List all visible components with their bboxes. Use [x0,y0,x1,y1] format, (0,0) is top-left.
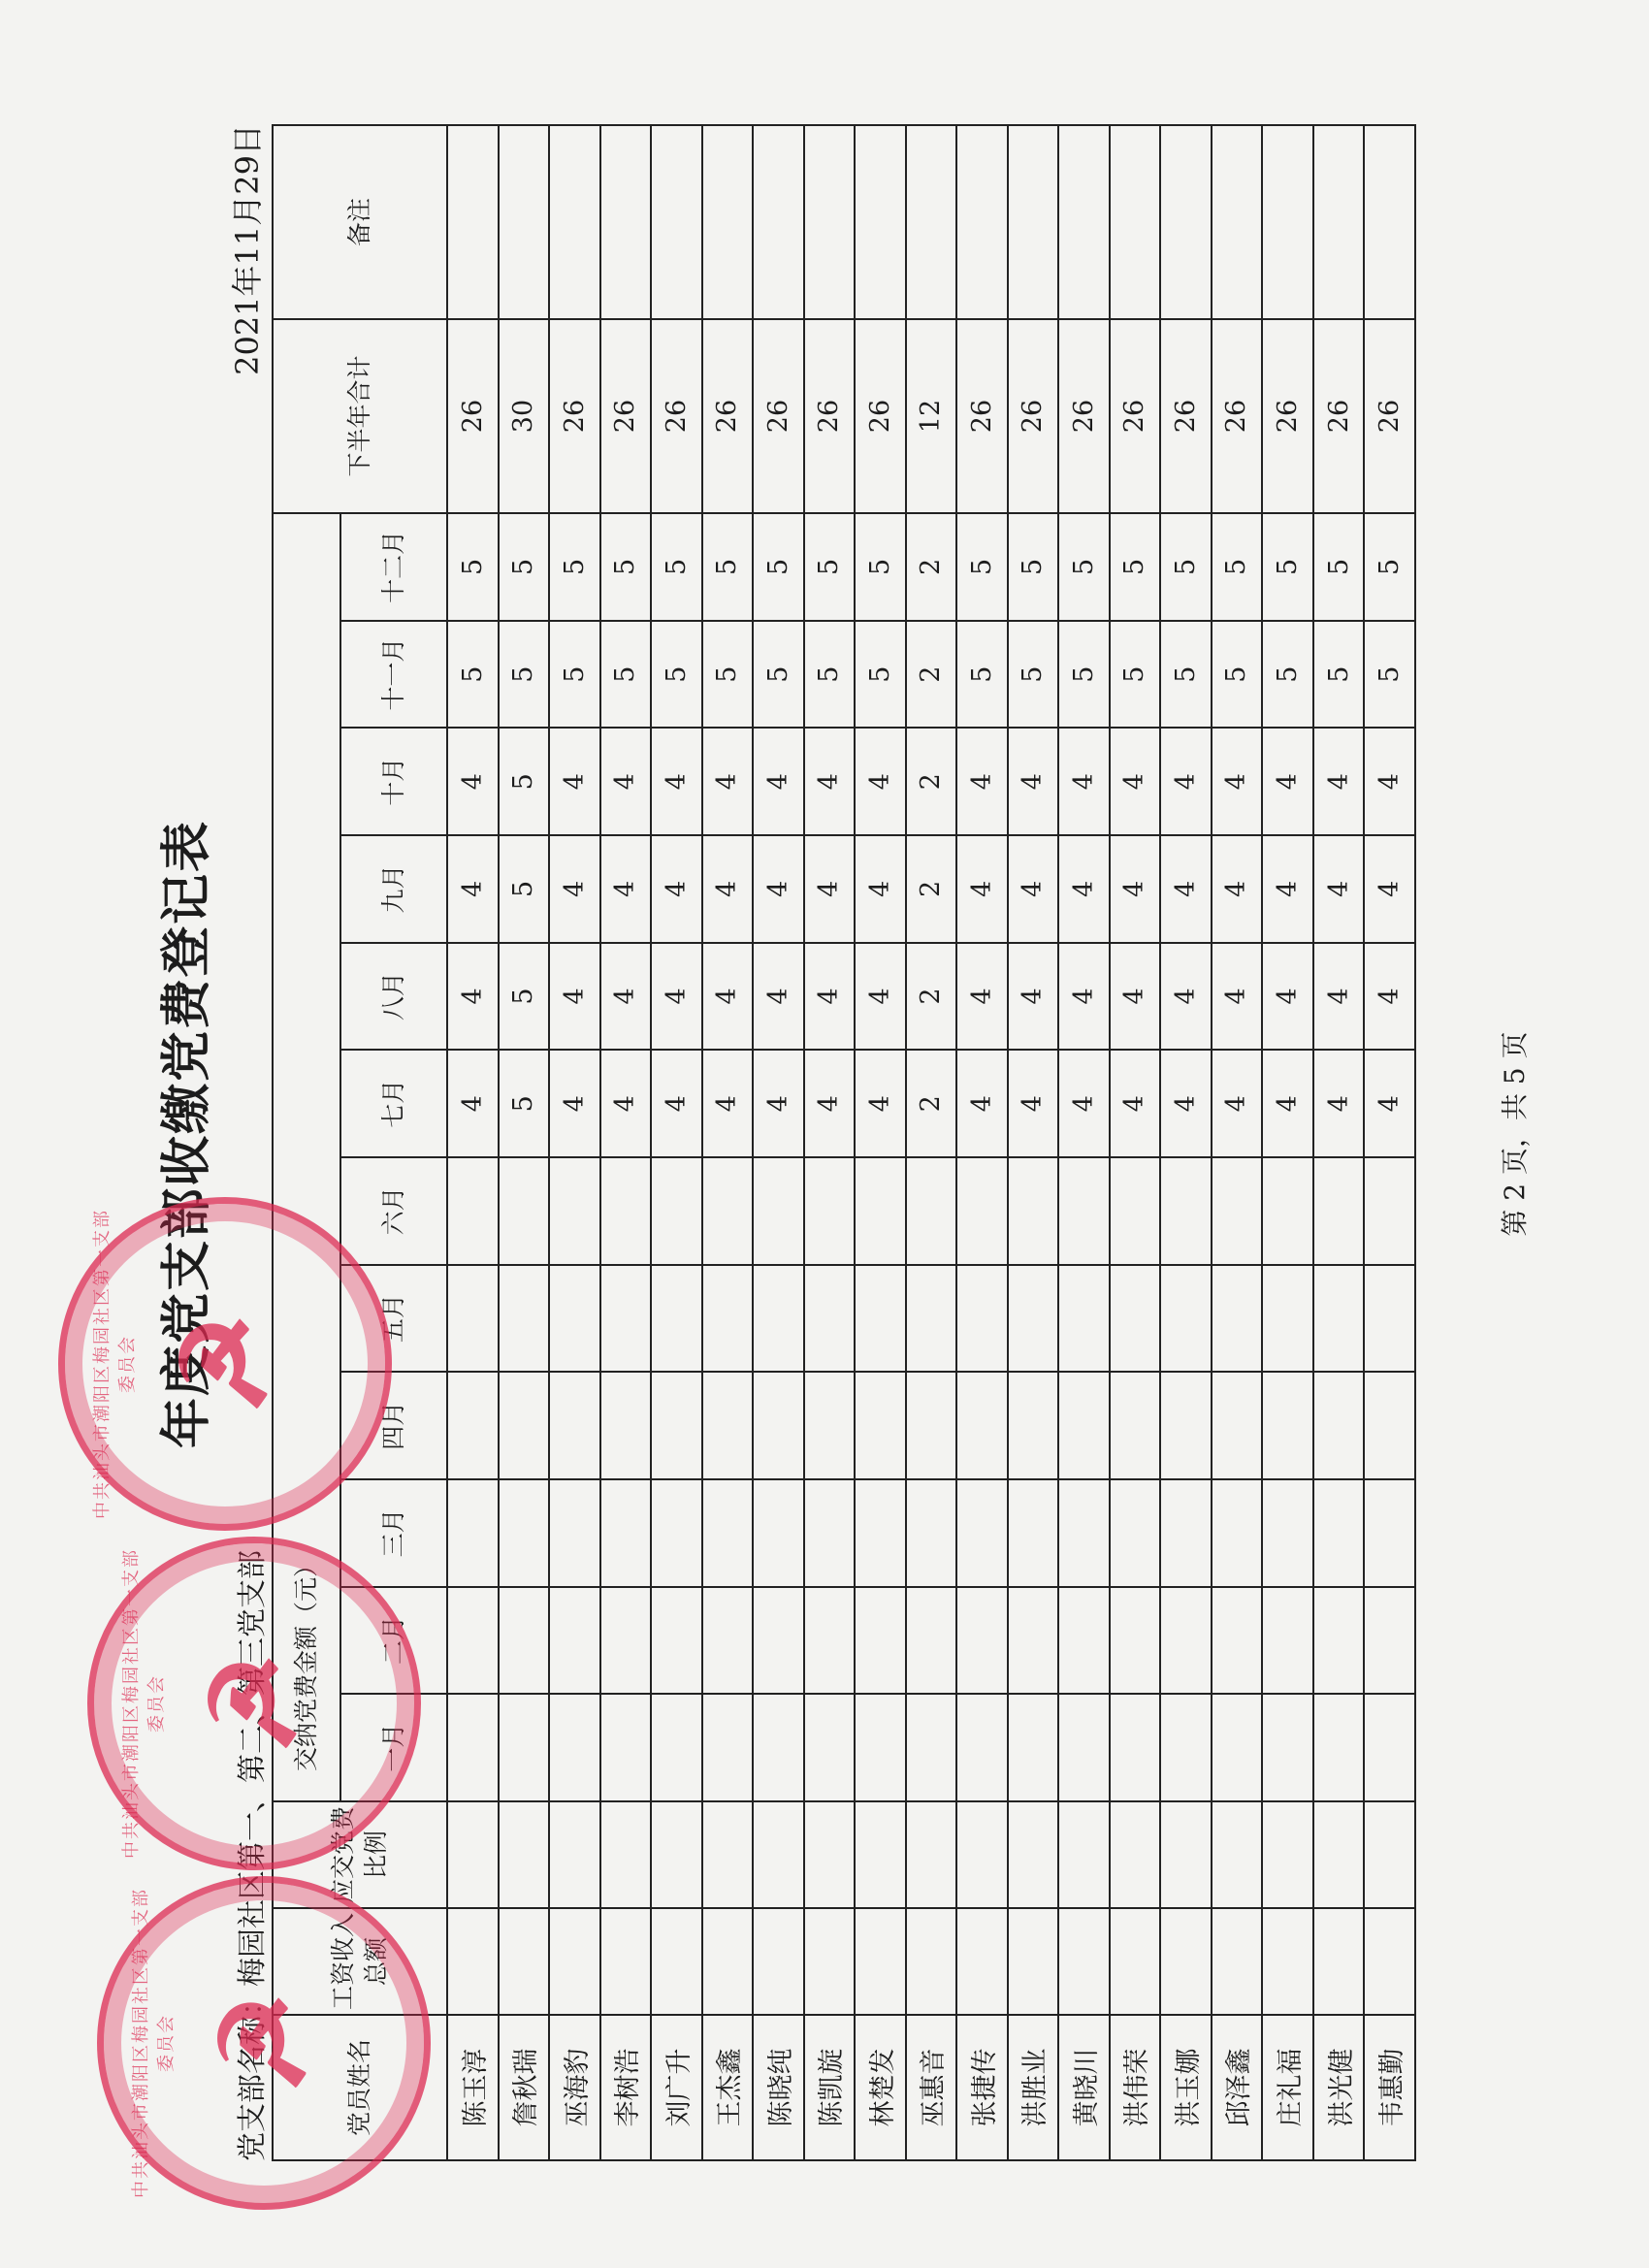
ratio-cell [1313,1801,1365,1908]
member-name: 詹秋瑞 [499,2015,550,2160]
month-amount-cell [1160,1265,1212,1373]
month-amount-cell [956,1587,1008,1695]
income-cell [447,1908,499,2015]
month-amount-cell: 4 [1364,943,1415,1051]
header-month-10: 十月 [340,728,447,835]
remark-cell [753,125,804,319]
month-amount-cell: 4 [1008,943,1059,1051]
remark-cell [651,125,702,319]
month-amount-cell [1262,1694,1313,1801]
header-month-1: 一月 [340,1694,447,1801]
income-cell [906,1908,957,2015]
half-year-total-cell: 26 [1160,319,1212,513]
month-amount-cell [956,1157,1008,1265]
income-cell [549,1908,600,2015]
month-amount-cell [1364,1694,1415,1801]
month-amount-cell: 4 [600,835,652,943]
month-amount-cell: 4 [447,728,499,835]
month-amount-cell: 5 [1160,513,1212,621]
income-cell [600,1908,652,2015]
month-amount-cell: 4 [702,1050,754,1157]
month-amount-cell [702,1479,754,1587]
month-amount-cell [1364,1265,1415,1373]
month-amount-cell: 2 [906,943,957,1051]
income-cell [1110,1908,1161,2015]
month-amount-cell: 5 [499,513,550,621]
half-year-total-cell: 26 [1313,319,1365,513]
month-amount-cell: 4 [1364,835,1415,943]
remark-cell [447,125,499,319]
month-amount-cell: 4 [1262,943,1313,1051]
month-amount-cell [499,1372,550,1479]
month-amount-cell [1212,1157,1263,1265]
month-amount-cell: 4 [753,943,804,1051]
half-year-total-cell: 26 [1008,319,1059,513]
remark-cell [549,125,600,319]
month-amount-cell [753,1372,804,1479]
month-amount-cell [1008,1587,1059,1695]
header-month-8: 八月 [340,943,447,1051]
income-cell [1160,1908,1212,2015]
month-amount-cell: 4 [804,943,856,1051]
month-amount-cell: 4 [1110,835,1161,943]
member-name: 邱泽鑫 [1212,2015,1263,2160]
month-amount-cell: 5 [600,513,652,621]
month-amount-cell: 4 [600,1050,652,1157]
month-amount-cell [1262,1265,1313,1373]
month-amount-cell: 5 [1110,513,1161,621]
half-year-total-cell: 12 [906,319,957,513]
month-amount-cell [804,1479,856,1587]
month-amount-cell: 5 [1364,513,1415,621]
member-name: 洪玉娜 [1160,2015,1212,2160]
month-amount-cell [1262,1372,1313,1479]
half-year-total-cell: 26 [1110,319,1161,513]
half-year-total-cell: 26 [600,319,652,513]
month-amount-cell [651,1265,702,1373]
income-cell [956,1908,1008,2015]
header-income: 工资收入总额 [273,1908,447,2015]
month-amount-cell: 5 [1160,621,1212,729]
month-amount-cell [1110,1694,1161,1801]
month-amount-cell [855,1157,906,1265]
remark-cell [1058,125,1110,319]
month-amount-cell [906,1265,957,1373]
month-amount-cell: 4 [1160,835,1212,943]
header-month-11: 十一月 [340,621,447,729]
month-amount-cell [549,1157,600,1265]
header-month-7: 七月 [340,1050,447,1157]
month-amount-cell [804,1372,856,1479]
month-amount-cell [549,1587,600,1695]
table-row: 洪光健44445526 [1313,125,1365,2160]
month-amount-cell [549,1694,600,1801]
month-amount-cell: 5 [1008,621,1059,729]
month-amount-cell: 4 [1364,728,1415,835]
month-amount-cell: 4 [447,943,499,1051]
month-amount-cell [906,1157,957,1265]
month-amount-cell [600,1157,652,1265]
month-amount-cell: 5 [956,513,1008,621]
month-amount-cell [651,1587,702,1695]
month-amount-cell [499,1157,550,1265]
header-month-5: 五月 [340,1265,447,1373]
month-amount-cell [549,1479,600,1587]
table-row: 陈晓纯44445526 [753,125,804,2160]
ratio-cell [549,1801,600,1908]
month-amount-cell [1364,1479,1415,1587]
table-row: 洪胜业44445526 [1008,125,1059,2160]
month-amount-cell [1313,1694,1365,1801]
remark-cell [499,125,550,319]
month-amount-cell: 4 [1313,835,1365,943]
income-cell [1262,1908,1313,2015]
member-name: 洪胜业 [1008,2015,1059,2160]
income-cell [651,1908,702,2015]
income-cell [753,1908,804,2015]
month-amount-cell: 5 [549,513,600,621]
ratio-cell [804,1801,856,1908]
month-amount-cell: 4 [702,943,754,1051]
member-name: 庄礼福 [1262,2015,1313,2160]
month-amount-cell [600,1479,652,1587]
income-cell [1008,1908,1059,2015]
month-amount-cell: 5 [499,943,550,1051]
month-amount-cell [1008,1265,1059,1373]
month-amount-cell: 2 [906,1050,957,1157]
table-row: 巫惠音22222212 [906,125,957,2160]
member-name: 巫海豹 [549,2015,600,2160]
month-amount-cell [447,1694,499,1801]
month-amount-cell [702,1157,754,1265]
header-month-2: 二月 [340,1587,447,1695]
month-amount-cell: 4 [447,1050,499,1157]
ratio-cell [855,1801,906,1908]
table-row: 詹秋瑞55555530 [499,125,550,2160]
month-amount-cell [1058,1587,1110,1695]
table-row: 陈玉淳44445526 [447,125,499,2160]
month-amount-cell: 4 [447,835,499,943]
month-amount-cell: 4 [1058,1050,1110,1157]
month-amount-cell [753,1694,804,1801]
remark-cell [1008,125,1059,319]
month-amount-cell: 2 [906,835,957,943]
ratio-cell [906,1801,957,1908]
month-amount-cell [651,1694,702,1801]
month-amount-cell [1262,1587,1313,1695]
month-amount-cell [1110,1479,1161,1587]
half-year-total-cell: 26 [1058,319,1110,513]
month-amount-cell: 5 [549,621,600,729]
month-amount-cell: 5 [499,835,550,943]
month-amount-cell: 4 [651,943,702,1051]
month-amount-cell [447,1587,499,1695]
month-amount-cell [600,1372,652,1479]
member-name: 李树浩 [600,2015,652,2160]
month-amount-cell [1058,1372,1110,1479]
table-row: 刘广升44445526 [651,125,702,2160]
ratio-cell [1160,1801,1212,1908]
month-amount-cell: 4 [1262,835,1313,943]
ratio-cell [956,1801,1008,1908]
half-year-total-cell: 26 [1364,319,1415,513]
month-amount-cell [1313,1372,1365,1479]
month-amount-cell: 4 [804,728,856,835]
month-amount-cell: 4 [1212,943,1263,1051]
remark-cell [1313,125,1365,319]
month-amount-cell: 4 [651,728,702,835]
income-cell [804,1908,856,2015]
ratio-cell [1212,1801,1263,1908]
month-amount-cell [1364,1157,1415,1265]
half-year-total-cell: 26 [549,319,600,513]
month-amount-cell: 4 [855,943,906,1051]
table-row: 洪伟荣44445526 [1110,125,1161,2160]
half-year-total-cell: 30 [499,319,550,513]
member-name: 巫惠音 [906,2015,957,2160]
member-name: 洪光健 [1313,2015,1365,2160]
month-amount-cell: 5 [855,621,906,729]
month-amount-cell: 4 [753,728,804,835]
month-amount-cell [753,1265,804,1373]
month-amount-cell [956,1372,1008,1479]
month-amount-cell [1212,1479,1263,1587]
income-cell [702,1908,754,2015]
month-amount-cell: 4 [600,943,652,1051]
ratio-cell [702,1801,754,1908]
header-month-4: 四月 [340,1372,447,1479]
month-amount-cell: 4 [1160,1050,1212,1157]
month-amount-cell [1160,1694,1212,1801]
month-amount-cell: 4 [1160,943,1212,1051]
month-amount-cell: 5 [447,513,499,621]
ratio-cell [600,1801,652,1908]
month-amount-cell: 4 [1008,728,1059,835]
month-amount-cell [600,1265,652,1373]
month-amount-cell [600,1587,652,1695]
month-amount-cell: 4 [1058,835,1110,943]
month-amount-cell: 5 [855,513,906,621]
month-amount-cell [702,1265,754,1373]
month-amount-cell [499,1587,550,1695]
remark-cell [956,125,1008,319]
ratio-cell [1058,1801,1110,1908]
month-amount-cell [956,1265,1008,1373]
table-row: 李树浩44445526 [600,125,652,2160]
month-amount-cell: 5 [1364,621,1415,729]
month-amount-cell [651,1157,702,1265]
month-amount-cell [1212,1694,1263,1801]
month-amount-cell [1058,1694,1110,1801]
month-amount-cell: 4 [956,835,1008,943]
table-row: 黄晓川44445526 [1058,125,1110,2160]
month-amount-cell [753,1587,804,1695]
table-row: 王杰鑫44445526 [702,125,754,2160]
month-amount-cell: 4 [956,1050,1008,1157]
month-amount-cell [1110,1157,1161,1265]
month-amount-cell: 5 [1313,513,1365,621]
month-amount-cell: 4 [702,835,754,943]
member-name: 陈凯旋 [804,2015,856,2160]
header-month-3: 三月 [340,1479,447,1587]
ratio-cell [1008,1801,1059,1908]
ratio-cell [651,1801,702,1908]
month-amount-cell [1160,1372,1212,1479]
month-amount-cell: 5 [651,513,702,621]
month-amount-cell: 4 [1008,1050,1059,1157]
month-amount-cell [447,1479,499,1587]
header-remark: 备注 [273,125,447,319]
month-amount-cell: 5 [499,621,550,729]
remark-cell [702,125,754,319]
ratio-cell [1110,1801,1161,1908]
income-cell [499,1908,550,2015]
month-amount-cell: 4 [1313,943,1365,1051]
member-name: 张捷传 [956,2015,1008,2160]
month-amount-cell [1160,1479,1212,1587]
month-amount-cell: 4 [1262,728,1313,835]
month-amount-cell [549,1265,600,1373]
member-name: 陈晓纯 [753,2015,804,2160]
month-amount-cell: 5 [1058,513,1110,621]
member-name: 林楚发 [855,2015,906,2160]
month-amount-cell: 5 [1212,621,1263,729]
month-amount-cell [753,1157,804,1265]
income-cell [1364,1908,1415,2015]
month-amount-cell [1110,1265,1161,1373]
remark-cell [600,125,652,319]
month-amount-cell [1364,1587,1415,1695]
month-amount-cell: 4 [1058,943,1110,1051]
document-date: 2021年11月29日 [223,124,268,375]
month-amount-cell [600,1694,652,1801]
month-amount-cell [1212,1587,1263,1695]
month-amount-cell [499,1479,550,1587]
income-cell [1313,1908,1365,2015]
branch-name: 党支部名称：梅园社区第一、第二、第三党支部 [228,1550,271,2161]
month-amount-cell: 4 [651,1050,702,1157]
month-amount-cell [1212,1372,1263,1479]
table-row: 韦惠勤44445526 [1364,125,1415,2160]
month-amount-cell [1313,1479,1365,1587]
month-amount-cell [855,1694,906,1801]
month-amount-cell: 5 [804,513,856,621]
month-amount-cell [906,1587,957,1695]
month-amount-cell: 4 [1364,1050,1415,1157]
member-name: 黄晓川 [1058,2015,1110,2160]
half-year-total-cell: 26 [956,319,1008,513]
half-year-total-cell: 26 [1212,319,1263,513]
table-row: 张捷传44445526 [956,125,1008,2160]
month-amount-cell [1262,1157,1313,1265]
ledger-body: 陈玉淳44445526詹秋瑞55555530巫海豹44445526李树浩4444… [447,125,1415,2160]
month-amount-cell [1058,1479,1110,1587]
month-amount-cell: 5 [956,621,1008,729]
month-amount-cell: 4 [1110,728,1161,835]
month-amount-cell [651,1372,702,1479]
month-amount-cell [1313,1157,1365,1265]
table-row: 林楚发44445526 [855,125,906,2160]
month-amount-cell: 4 [702,728,754,835]
month-amount-cell: 2 [906,513,957,621]
month-amount-cell: 4 [1110,1050,1161,1157]
month-amount-cell [1313,1587,1365,1695]
month-amount-cell: 4 [753,835,804,943]
header-month-6: 六月 [340,1157,447,1265]
month-amount-cell: 4 [956,728,1008,835]
half-year-total-cell: 26 [753,319,804,513]
month-amount-cell [447,1157,499,1265]
half-year-total-cell: 26 [447,319,499,513]
month-amount-cell: 5 [702,513,754,621]
month-amount-cell [1110,1372,1161,1479]
table-row: 庄礼福44445526 [1262,125,1313,2160]
income-cell [1212,1908,1263,2015]
half-year-total-cell: 26 [1262,319,1313,513]
seal-text: 中共汕头市潮阳区梅园社区第一支部委员会 [88,1204,139,1524]
remark-cell [1364,125,1415,319]
month-amount-cell [1364,1372,1415,1479]
header-month-12: 十二月 [340,513,447,621]
month-amount-cell: 4 [549,1050,600,1157]
month-amount-cell [906,1479,957,1587]
month-amount-cell: 2 [906,728,957,835]
month-amount-cell [906,1372,957,1479]
month-amount-cell [956,1694,1008,1801]
member-name: 韦惠勤 [1364,2015,1415,2160]
month-amount-cell: 4 [1110,943,1161,1051]
month-amount-cell [1008,1694,1059,1801]
month-amount-cell: 4 [1160,728,1212,835]
month-amount-cell: 4 [549,943,600,1051]
month-amount-cell: 5 [702,621,754,729]
header-ratio: 应交党费比例 [273,1801,447,1908]
header-name: 党员姓名 [273,2015,447,2160]
ratio-cell [447,1801,499,1908]
month-amount-cell [447,1372,499,1479]
remark-cell [906,125,957,319]
month-amount-cell [1008,1479,1059,1587]
month-amount-cell: 4 [1313,728,1365,835]
remark-cell [804,125,856,319]
month-amount-cell: 5 [1058,621,1110,729]
remark-cell [1212,125,1263,319]
month-amount-cell: 4 [855,835,906,943]
month-amount-cell: 5 [804,621,856,729]
month-amount-cell: 5 [447,621,499,729]
month-amount-cell: 5 [1212,513,1263,621]
remark-cell [855,125,906,319]
month-amount-cell [702,1587,754,1695]
ratio-cell [1364,1801,1415,1908]
month-amount-cell: 5 [753,513,804,621]
month-amount-cell: 4 [1212,835,1263,943]
month-amount-cell: 4 [651,835,702,943]
month-amount-cell: 2 [906,621,957,729]
income-cell [1058,1908,1110,2015]
document-title: 年度党支部收缴党费登记表 [145,0,218,2268]
month-amount-cell: 5 [753,621,804,729]
member-name: 刘广升 [651,2015,702,2160]
month-amount-cell: 4 [855,728,906,835]
month-amount-cell: 4 [1262,1050,1313,1157]
half-year-total-cell: 26 [702,319,754,513]
ratio-cell [499,1801,550,1908]
month-amount-cell: 4 [855,1050,906,1157]
month-amount-cell [804,1694,856,1801]
month-amount-cell: 5 [1262,621,1313,729]
month-amount-cell [956,1479,1008,1587]
